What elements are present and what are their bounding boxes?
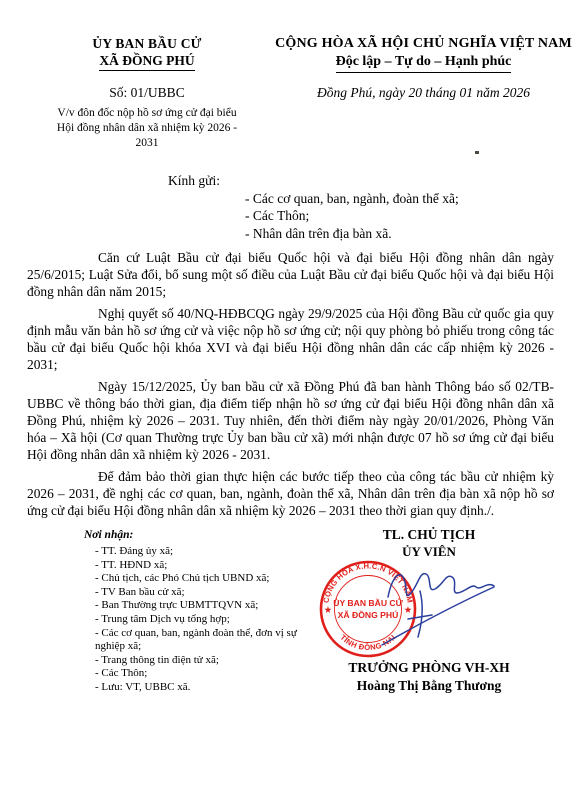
motto-wrap: Độc lập – Tự do – Hạnh phúc: [272, 52, 575, 73]
stray-dot-artifact: [475, 151, 479, 154]
document-body: Căn cứ Luật Bầu cử đại biểu Quốc hội và …: [27, 249, 554, 519]
issuing-authority-block: ỦY BAN BẦU CỬ XÃ ĐỒNG PHÚ Số: 01/UBBC V/…: [22, 36, 272, 151]
noi-nhan-item: - Các cơ quan, ban, ngành đoàn thể, đơn …: [95, 627, 329, 654]
document-header: ỦY BAN BẦU CỬ XÃ ĐỒNG PHÚ Số: 01/UBBC V/…: [0, 0, 585, 151]
noi-nhan-list: - TT. Đảng ủy xã; - TT. HĐND xã; - Chủ t…: [95, 545, 329, 695]
signer-delegation-title: TL. CHỦ TỊCH: [300, 527, 558, 543]
salutation-recipient: - Các cơ quan, ban, ngành, đoàn thể xã;: [245, 190, 585, 208]
signature-tail-stroke: [418, 591, 422, 637]
noi-nhan-item: - TV Ban bầu cử xã;: [95, 586, 329, 600]
national-motto: Độc lập – Tự do – Hạnh phúc: [336, 54, 512, 73]
salutation-section: Kính gửi: - Các cơ quan, ban, ngành, đoà…: [0, 173, 585, 243]
noi-nhan-item: - Chủ tịch, các Phó Chủ tịch UBND xã;: [95, 572, 329, 586]
noi-nhan-item: - Lưu: VT, UBBC xã.: [95, 681, 329, 695]
noi-nhan-item: - Trang thông tin điện tử xã;: [95, 654, 329, 668]
salutation-recipient: - Các Thôn;: [245, 207, 585, 225]
body-paragraph: Căn cứ Luật Bầu cử đại biểu Quốc hội và …: [27, 249, 554, 300]
document-subject: V/v đôn đốc nộp hồ sơ ứng cử đại biểu Hộ…: [54, 106, 240, 151]
noi-nhan-item: - Trung tâm Dịch vụ tổng hợp;: [95, 613, 329, 627]
noi-nhan-item: - Các Thôn;: [95, 667, 329, 681]
document-number: Số: 01/UBBC: [22, 85, 272, 101]
signature-cross-stroke: [408, 615, 432, 619]
signer-position: TRƯỞNG PHÒNG VH-XH: [300, 660, 558, 676]
stamp-star-left-icon: ★: [324, 606, 332, 615]
salutation-label: Kính gửi:: [168, 173, 585, 189]
noi-nhan-item: - Ban Thường trực UBMTTQVN xã;: [95, 599, 329, 613]
signature-block: TL. CHỦ TỊCH ỦY VIÊN CỘNG HÒA X.H.C.N VI…: [300, 527, 558, 712]
place-and-date: Đồng Phú, ngày 20 tháng 01 năm 2026: [272, 85, 575, 101]
noi-nhan-label: Nơi nhận:: [84, 529, 329, 541]
national-title: CỘNG HÒA XÃ HỘI CHỦ NGHĨA VIỆT NAM: [272, 36, 575, 52]
signature-loops-stroke: [388, 574, 494, 597]
salutation-recipient-list: - Các cơ quan, ban, ngành, đoàn thể xã; …: [245, 190, 585, 243]
signature-flourish-stroke: [382, 587, 494, 645]
issuing-org-line1: ỦY BAN BẦU CỬ: [22, 36, 272, 52]
issuing-org-line2: XÃ ĐỒNG PHÚ: [22, 53, 272, 71]
body-paragraph: Để đảm bảo thời gian thực hiện các bước …: [27, 468, 554, 519]
noi-nhan-item: - TT. HĐND xã;: [95, 559, 329, 573]
national-header-block: CỘNG HÒA XÃ HỘI CHỦ NGHĨA VIỆT NAM Độc l…: [272, 36, 575, 151]
handwritten-signature: [380, 567, 508, 665]
noi-nhan-section: Nơi nhận: - TT. Đảng ủy xã; - TT. HĐND x…: [84, 529, 329, 695]
noi-nhan-item: - TT. Đảng ủy xã;: [95, 545, 329, 559]
salutation-recipient: - Nhân dân trên địa bàn xã.: [245, 225, 585, 243]
body-paragraph: Ngày 15/12/2025, Ủy ban bầu cử xã Đồng P…: [27, 378, 554, 463]
official-document-page: ỦY BAN BẦU CỬ XÃ ĐỒNG PHÚ Số: 01/UBBC V/…: [0, 0, 585, 788]
signer-role-title: ỦY VIÊN: [300, 544, 558, 560]
body-paragraph: Nghị quyết số 40/NQ-HĐBCQG ngày 29/9/202…: [27, 305, 554, 373]
signer-name: Hoàng Thị Bằng Thương: [300, 678, 558, 694]
